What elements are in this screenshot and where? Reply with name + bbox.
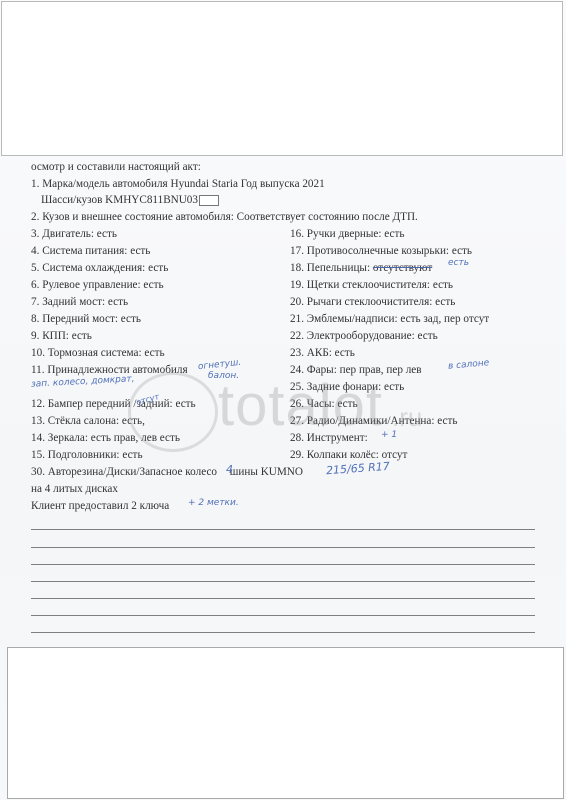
blank-line (31, 581, 535, 582)
item-18-struck-value: отсутствуют (373, 262, 432, 274)
item-22: 22. Электрооборудование: есть (290, 329, 438, 343)
handwritten-item-28: + 1 (381, 430, 397, 441)
item-25: 25. Задние фонари: есть (290, 380, 404, 394)
item-30-discs: на 4 литых дисках (31, 482, 118, 496)
item-14: 14. Зеркала: есть прав, лев есть (31, 431, 180, 445)
item-18: 18. Пепельницы: отсутствуют (290, 261, 432, 275)
item-15: 15. Подголовники: есть (31, 448, 143, 462)
handwritten-item-24: в салоне (448, 358, 490, 373)
blank-line (31, 564, 535, 565)
handwritten-item-11-c: балон. (208, 371, 239, 382)
handwritten-item-30-size: 215/65 R17 (326, 461, 390, 476)
intro-text: осмотр и составили настоящий акт: (31, 160, 201, 174)
blank-line (31, 632, 535, 633)
item-28: 28. Инструмент: (290, 431, 368, 445)
item-5: 5. Система охлаждения: есть (31, 261, 168, 275)
item-27: 27. Радио/Динамики/Антенна: есть (290, 414, 458, 428)
blank-line (31, 529, 535, 530)
client-keys-text: Клиент предоставил 2 ключа (31, 499, 169, 513)
item-2-body-condition: 2. Кузов и внешнее состояние автомобиля:… (31, 210, 418, 224)
chassis-label: Шасси/кузов KMHYC811BNU03 (41, 194, 198, 206)
item-26: 26. Часы: есть (290, 397, 358, 411)
handwritten-item-18: есть (448, 258, 469, 269)
redaction-box-bottom (7, 647, 564, 799)
redaction-box-top (1, 1, 563, 156)
item-10: 10. Тормозная система: есть (31, 346, 165, 360)
item-3: 3. Двигатель: есть (31, 227, 117, 241)
blank-line (31, 547, 535, 548)
item-1-car-model: 1. Марка/модель автомобиля Hyundai Stari… (31, 177, 325, 191)
blank-line (31, 615, 535, 616)
vin-redaction-box (199, 195, 219, 206)
handwritten-client-keys-extra: + 2 метки. (188, 498, 239, 509)
item-12: 12. Бампер передний /задний: есть (31, 397, 196, 411)
item-19: 19. Щетки стеклоочистителя: есть (290, 278, 453, 292)
item-20: 20. Рычаги стеклоочистителя: есть (290, 295, 455, 309)
item-1-chassis: Шасси/кузов KMHYC811BNU03 (41, 193, 219, 207)
item-8: 8. Передний мост: есть (31, 312, 141, 326)
item-29: 29. Колпаки колёс: отсут (290, 448, 407, 462)
item-6: 6. Рулевое управление: есть (31, 278, 164, 292)
item-7: 7. Задний мост: есть (31, 295, 128, 309)
item-13: 13. Стёкла салона: есть, (31, 414, 145, 428)
blank-line (31, 598, 535, 599)
item-17: 17. Противосолнечные козырьки: есть (290, 244, 472, 258)
item-21: 21. Эмблемы/надписи: есть зад, пер отсут (290, 312, 489, 326)
item-9: 9. КПП: есть (31, 329, 92, 343)
item-16: 16. Ручки дверные: есть (290, 227, 405, 241)
item-30: 30. Авторезина/Диски/Запасное колесо шин… (31, 465, 303, 479)
item-23: 23. АКБ: есть (290, 346, 355, 360)
item-18-label: 18. Пепельницы: (290, 262, 370, 274)
item-30-tires: шины KUMNO (230, 466, 303, 478)
scanned-document-page: осмотр и составили настоящий акт: 1. Мар… (0, 0, 566, 800)
item-4: 4. Система питания: есть (31, 244, 150, 258)
handwritten-item-30-count: 4 (226, 464, 233, 475)
item-24: 24. Фары: пер прав, пер лев (290, 363, 422, 377)
item-30-label: 30. Авторезина/Диски/Запасное колесо (31, 466, 217, 478)
